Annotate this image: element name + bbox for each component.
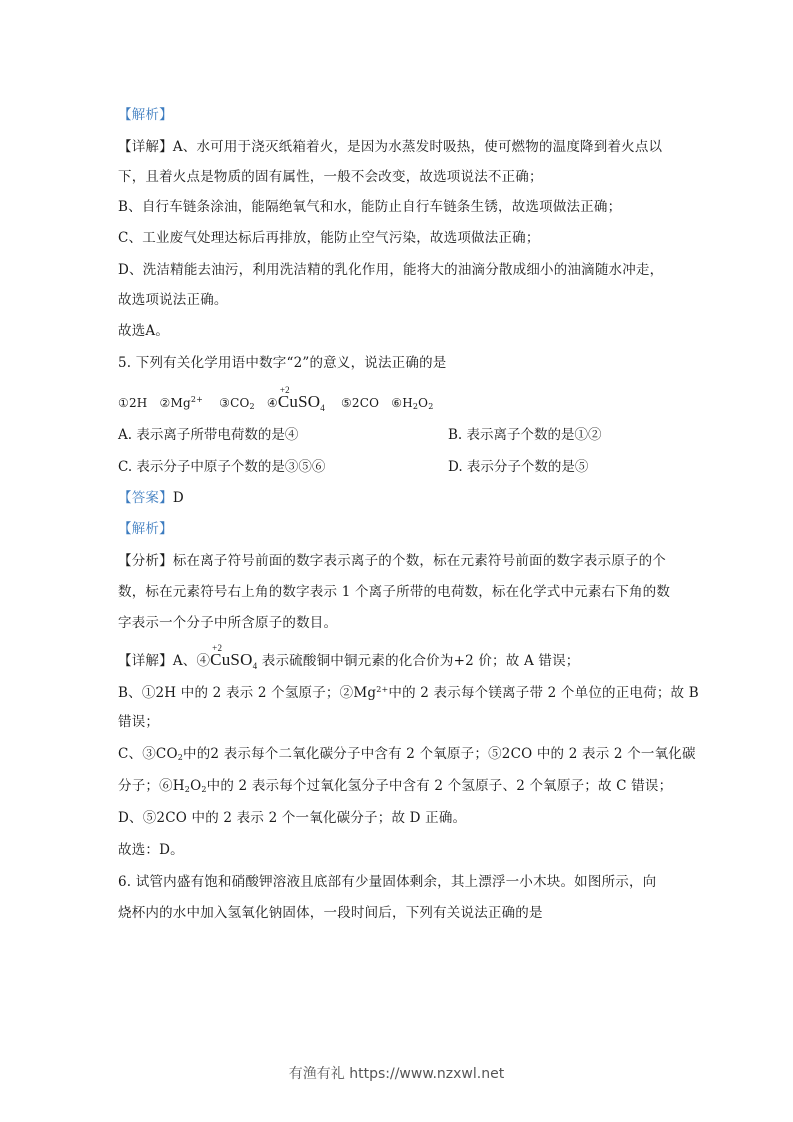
q4-jiexi-heading: 【解析】 — [118, 105, 173, 125]
q5-detail-b-1: B、①2H 中的 2 表示 2 个氢原子；②Mg2+中的 2 表示每个镁离子带 … — [118, 680, 699, 703]
q4-detail-line-3: B、自行车链条涂油，能隔绝氧气和水，能防止自行车链条生锈，故选项做法正确； — [118, 197, 621, 217]
footer-watermark: 有渔有礼 https://www.nzxwl.net — [0, 1063, 793, 1083]
q5-detail-b-2: 错误； — [118, 712, 159, 732]
q4-detail-line-5: D、洗洁精能去油污，利用洗洁精的乳化作用，能将大的油滴分散成细小的油滴随水冲走， — [118, 260, 663, 280]
q5-conclusion: 故选：D。 — [118, 840, 184, 860]
q5-option-b: B. 表示离子个数的是①② — [448, 425, 602, 445]
q5-option-c: C. 表示分子中原子个数的是③⑤⑥ — [118, 457, 325, 477]
q5-answer: 【答案】D — [118, 488, 184, 508]
q4-detail-line-6: 故选项说法正确。 — [118, 290, 228, 310]
q5-analysis-line-2: 数，标在元素符号右上角的数字表示 1 个离子所带的电荷数，标在化学式中元素右下角… — [118, 582, 670, 602]
q5-analysis-line-1: 【分析】标在离子符号前面的数字表示离子的个数，标在元素符号前面的数字表示原子的个 — [118, 551, 666, 571]
q4-conclusion: 故选A。 — [118, 321, 169, 341]
q5-analysis-line-3: 字表示一个分子中所含原子的数目。 — [118, 613, 337, 633]
q5-option-a: A. 表示离子所带电荷数的是④ — [118, 425, 298, 445]
q6-stem-line-1: 6. 试管内盛有饱和硝酸钾溶液且底部有少量固体剩余，其上漂浮一小木块。如图所示，… — [118, 872, 656, 892]
q5-jiexi-heading: 【解析】 — [118, 519, 173, 539]
q6-stem-line-2: 烧杯内的水中加入氢氧化钠固体，一段时间后，下列有关说法正确的是 — [118, 903, 543, 923]
q5-detail-c-1: C、③CO2中的2 表示每个二氧化碳分子中含有 2 个氧原子；⑤2CO 中的 2… — [118, 744, 696, 768]
cuso4-formula: +2CuSO4 — [278, 388, 325, 418]
q5-detail-d: D、⑤2CO 中的 2 表示 2 个一氧化碳分子；故 D 正确。 — [118, 808, 466, 828]
q5-symbols: ①2H ②Mg2+ ③CO2 ④+2CuSO4 ⑤2CO ⑥H2O2 — [118, 388, 434, 418]
q5-stem: 5. 下列有关化学用语中数字“2”的意义，说法正确的是 — [118, 353, 446, 373]
q4-detail-line-2: 下，且着火点是物质的固有属性，一般不会改变，故选项说法不正确； — [118, 167, 543, 187]
q4-detail-line-1: 【详解】A、水可用于浇灭纸箱着火，是因为水蒸发时吸热，使可燃物的温度降到着火点以 — [118, 137, 662, 157]
q5-detail-c-2: 分子；⑥H2O2中的 2 表示每个过氧化氢分子中含有 2 个氢原子、2 个氧原子… — [118, 776, 672, 800]
q4-detail-line-4: C、工业废气处理达标后再排放，能防止空气污染，故选项做法正确； — [118, 228, 540, 248]
q5-detail-a: 【详解】A、④+2CuSO4 表示硫酸铜中铜元素的化合价为+2 价；故 A 错误… — [118, 646, 580, 676]
cuso4-formula: +2CuSO4 — [210, 646, 257, 676]
q5-option-d: D. 表示分子个数的是⑤ — [448, 457, 588, 477]
